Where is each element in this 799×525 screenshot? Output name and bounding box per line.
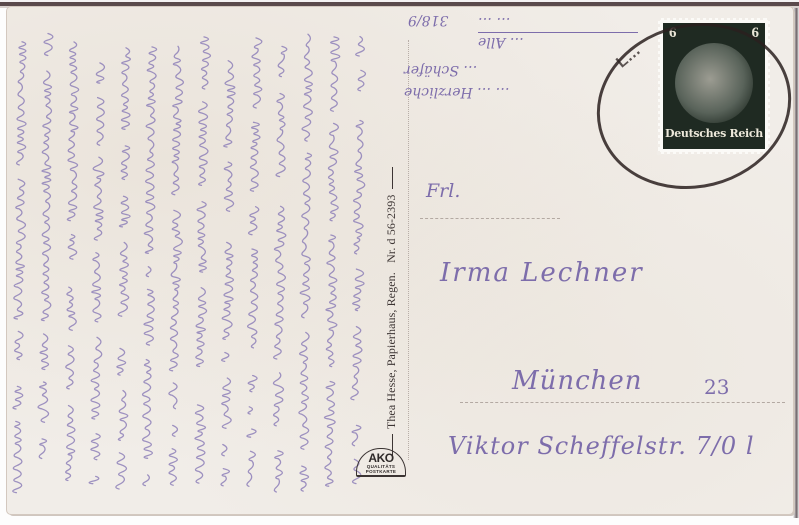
handwritten-message — [8, 12, 388, 502]
address-name: Irma Lechner — [440, 258, 644, 288]
handwriting-line — [299, 34, 312, 491]
ako-logo-line2: POSTKARTE — [356, 469, 406, 474]
address-rule — [420, 218, 560, 219]
note-reference: 318/9 — [408, 12, 448, 28]
address-city: München — [512, 366, 643, 396]
note-line: … … Herzliche — [404, 84, 510, 100]
handwriting-line — [13, 42, 26, 493]
imprint-rule — [392, 167, 393, 189]
handwriting-line — [221, 61, 235, 486]
note-line: … … — [478, 14, 510, 30]
handwriting-line — [89, 63, 104, 484]
address-street: Viktor Scheffelstr. 7/0 l — [448, 432, 755, 460]
address-rule — [460, 402, 785, 403]
note-line: … Alle — [478, 34, 524, 50]
scan-right-edge — [793, 8, 799, 518]
publisher-imprint: Thea Hesse, Papierhaus, Regen. Nr. d 56-… — [384, 165, 399, 458]
handwriting-line — [195, 37, 210, 483]
note-underline — [478, 32, 638, 33]
handwriting-line — [324, 37, 339, 486]
handwriting-line — [247, 38, 262, 486]
ako-logo: AKO QUALITÄTS POSTKARTE — [356, 448, 406, 476]
handwriting-line — [169, 46, 183, 485]
handwriting-line — [116, 48, 130, 489]
handwriting-line — [273, 46, 286, 492]
publisher-name: Thea Hesse, Papierhaus, Regen. — [384, 272, 398, 429]
handwriting-line — [38, 34, 53, 488]
handwriting-line — [351, 37, 366, 484]
handwriting-line — [66, 42, 79, 494]
handwriting-line — [143, 47, 157, 486]
address-postal-district: 23 — [704, 375, 729, 399]
ako-logo-name: AKO — [356, 451, 406, 465]
note-line: … Schäfer — [404, 62, 477, 78]
catalog-number: Nr. d 56-2393 — [384, 195, 398, 263]
divider-line — [408, 40, 409, 460]
address-title: Frl. — [426, 180, 460, 202]
